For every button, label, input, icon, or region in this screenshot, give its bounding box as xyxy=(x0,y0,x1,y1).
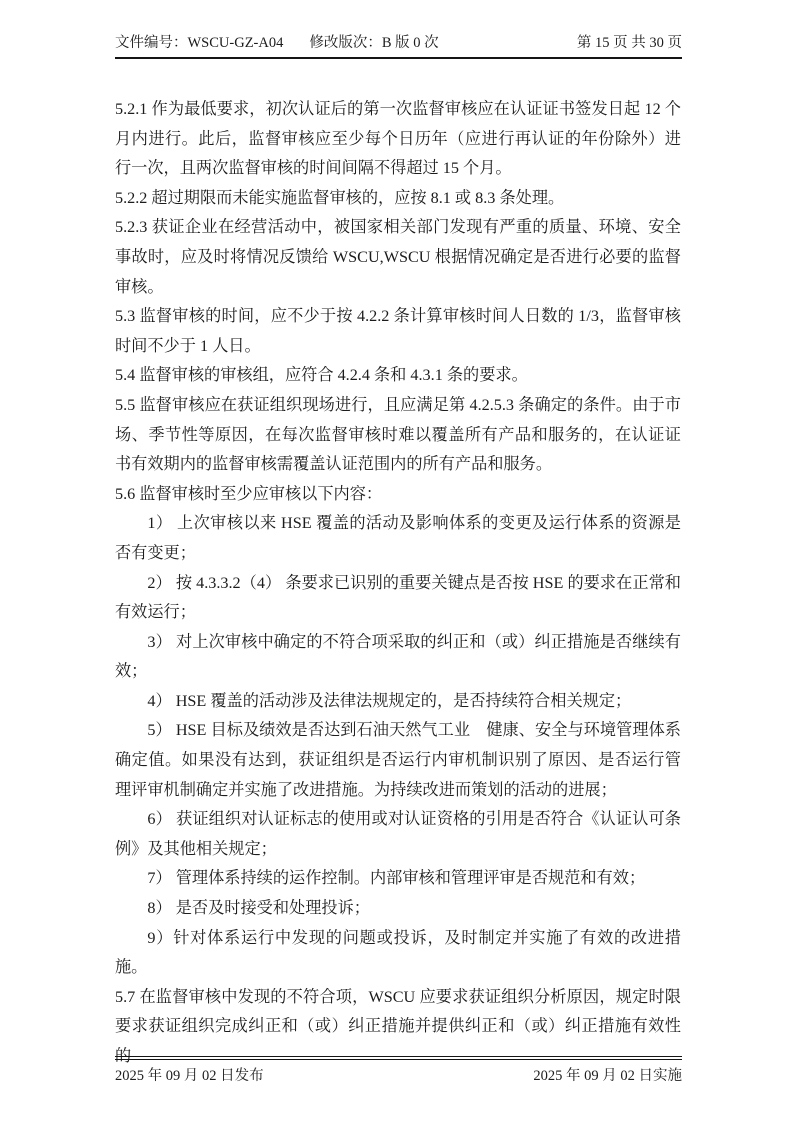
page-footer: 2025 年 09 月 02 日发布 2025 年 09 月 02 日实施 xyxy=(115,1056,682,1085)
page-header: 文件编号：WSCU-GZ-A04 修改版次：B 版 0 次 第 15 页 共 3… xyxy=(115,34,682,59)
paragraph: 5.2.1 作为最低要求，初次认证后的第一次监督审核应在认证证书签发日起 12 … xyxy=(115,95,681,184)
paragraph: 5） HSE 目标及绩效是否达到石油天然气工业 健康、安全与环境管理体系确定值。… xyxy=(115,716,681,805)
paragraph: 7） 管理体系持续的运作控制。内部审核和管理评审是否规范和有效； xyxy=(115,864,681,894)
doc-number-value: WSCU-GZ-A04 xyxy=(188,35,284,51)
revision-value: B 版 0 次 xyxy=(382,35,439,51)
paragraph: 5.4 监督审核的审核组，应符合 4.2.4 条和 4.3.1 条的要求。 xyxy=(115,361,681,391)
document-page: 文件编号：WSCU-GZ-A04 修改版次：B 版 0 次 第 15 页 共 3… xyxy=(0,0,794,1123)
revision: 修改版次：B 版 0 次 xyxy=(309,34,438,52)
paragraph: 3） 对上次审核中确定的不符合项采取的纠正和（或）纠正措施是否继续有效； xyxy=(115,628,681,687)
paragraph: 4） HSE 覆盖的活动涉及法律法规规定的，是否持续符合相关规定； xyxy=(115,687,681,717)
paragraph: 5.6 监督审核时至少应审核以下内容： xyxy=(115,480,681,510)
doc-number: 文件编号：WSCU-GZ-A04 xyxy=(115,34,283,52)
paragraph: 6） 获证组织对认证标志的使用或对认证资格的引用是否符合《认证认可条例》及其他相… xyxy=(115,805,681,864)
paragraph: 2） 按 4.3.3.2（4） 条要求已识别的重要关键点是否按 HSE 的要求在… xyxy=(115,569,681,628)
paragraph: 8） 是否及时接受和处理投诉； xyxy=(115,894,681,924)
paragraph: 5.3 监督审核的时间，应不少于按 4.2.2 条计算审核时间人日数的 1/3，… xyxy=(115,302,681,361)
paragraph: 5.2.2 超过期限而未能实施监督审核的，应按 8.1 或 8.3 条处理。 xyxy=(115,184,681,214)
revision-label: 修改版次： xyxy=(309,35,382,51)
header-left-group: 文件编号：WSCU-GZ-A04 修改版次：B 版 0 次 xyxy=(115,34,439,52)
paragraph: 5.5 监督审核应在获证组织现场进行，且应满足第 4.2.5.3 条确定的条件。… xyxy=(115,391,681,480)
release-date: 2025 年 09 月 02 日发布 xyxy=(115,1067,264,1085)
doc-number-label: 文件编号： xyxy=(115,35,188,51)
paragraph: 9）针对体系运行中发现的问题或投诉，及时制定并实施了有效的改进措施。 xyxy=(115,924,681,983)
paragraph: 1） 上次审核以来 HSE 覆盖的活动及影响体系的变更及运行体系的资源是否有变更… xyxy=(115,509,681,568)
page-number-info: 第 15 页 共 30 页 xyxy=(577,34,682,52)
implement-date: 2025 年 09 月 02 日实施 xyxy=(533,1067,682,1085)
paragraph: 5.2.3 获证企业在经营活动中，被国家相关部门发现有严重的质量、环境、安全事故… xyxy=(115,213,681,302)
document-body: 5.2.1 作为最低要求，初次认证后的第一次监督审核应在认证证书签发日起 12 … xyxy=(115,95,681,1072)
